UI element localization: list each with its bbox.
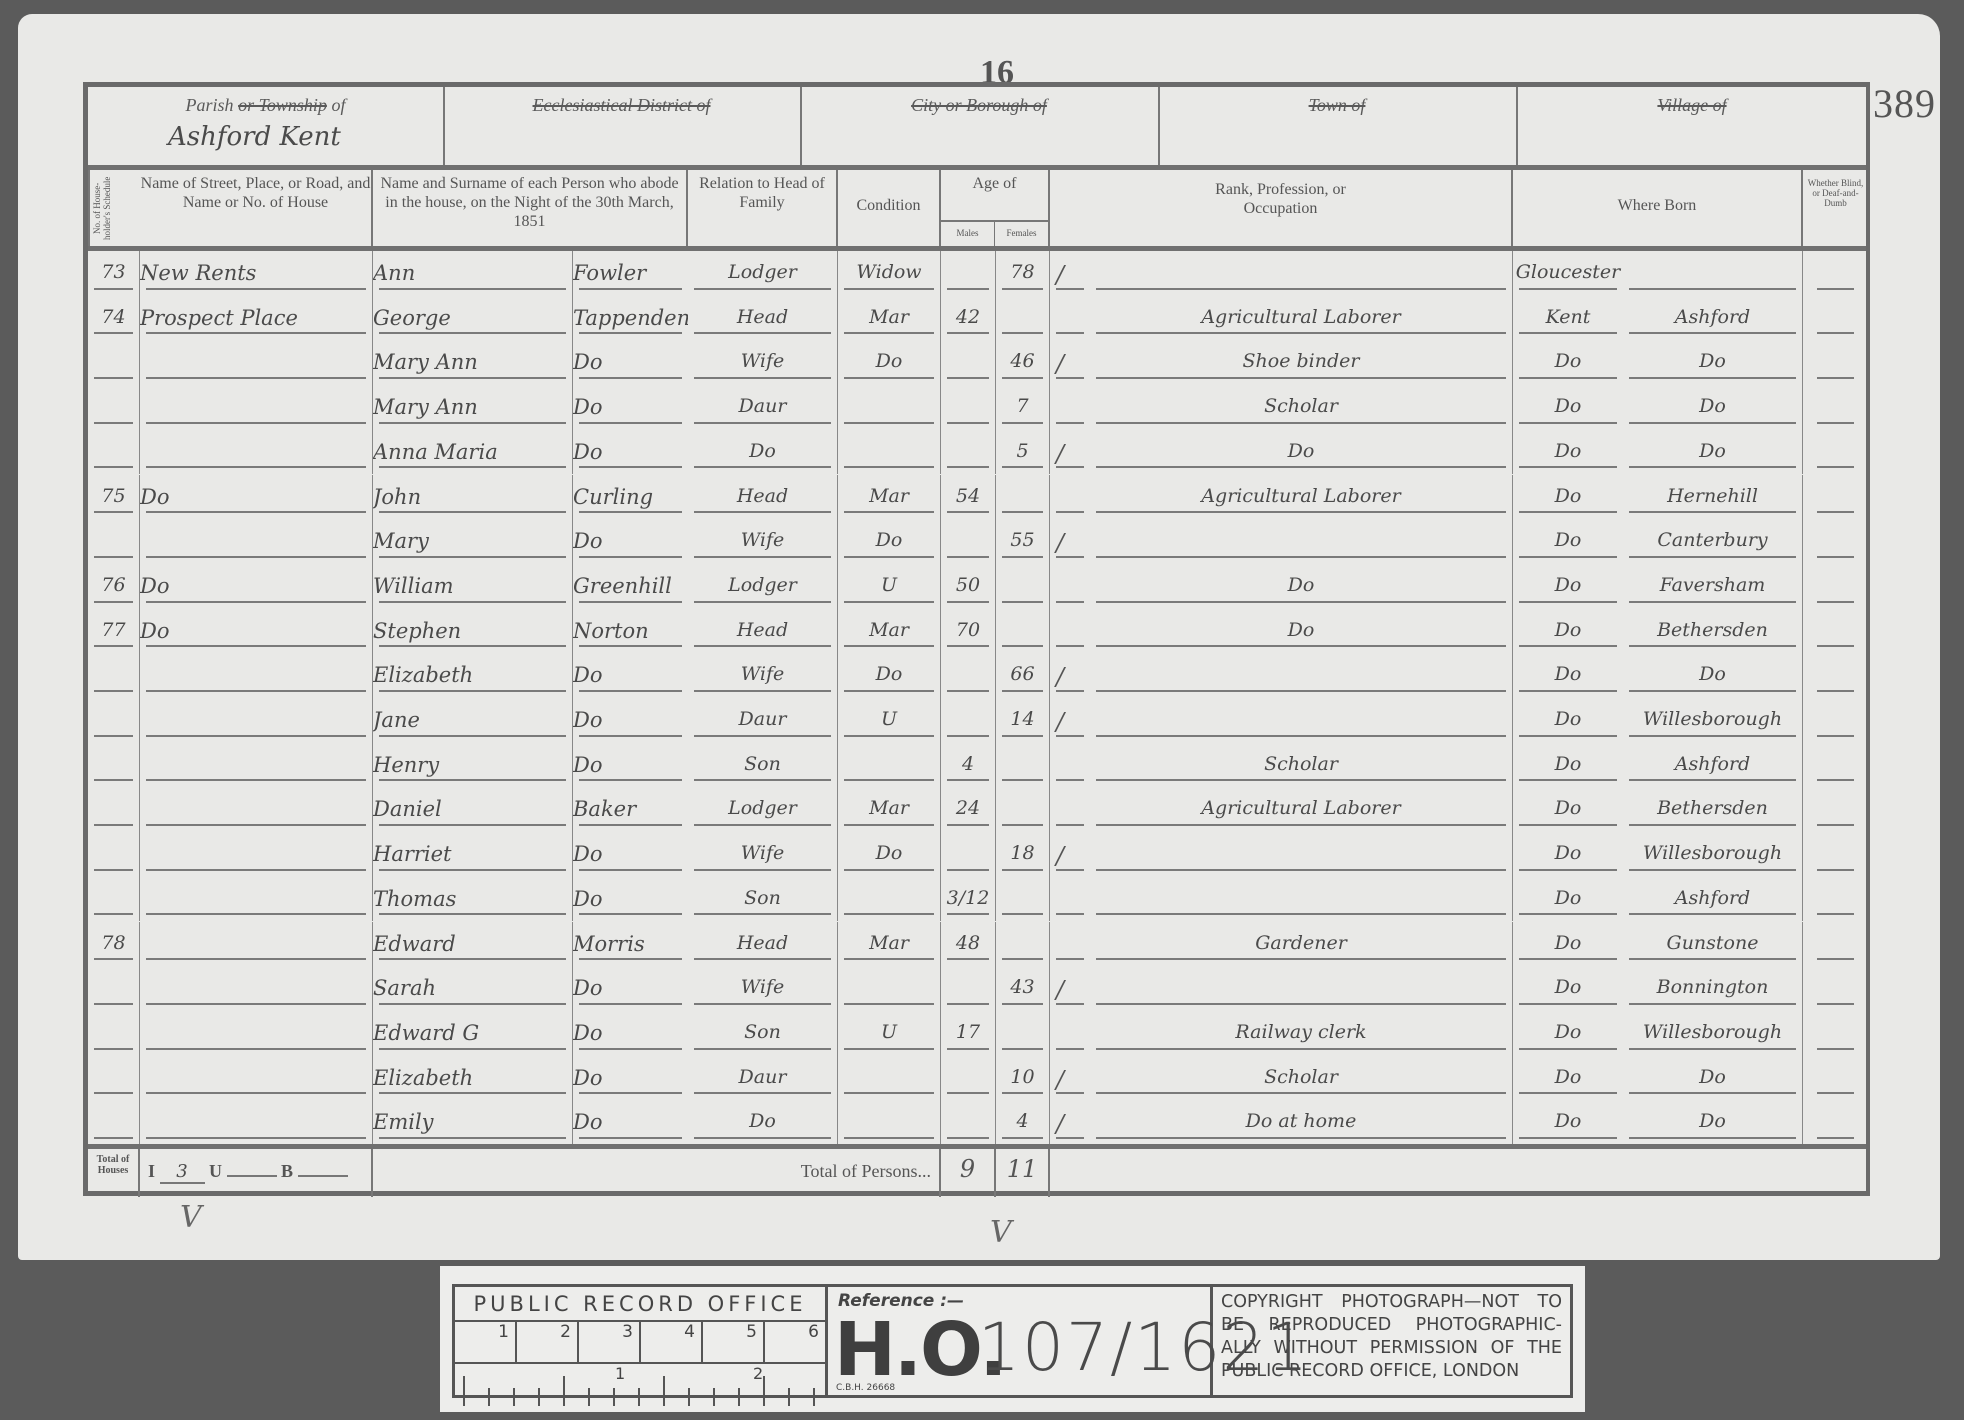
relation-cell: Wife: [688, 832, 838, 877]
relation-cell: Head: [688, 609, 838, 654]
ruler-tick: [738, 1388, 740, 1406]
surname-cell: Do: [573, 430, 688, 475]
occupation-cell: Agricultural Laborer: [1090, 296, 1513, 341]
given-name-cell: Sarah: [373, 966, 573, 1011]
enumerator-tick: /: [1050, 430, 1090, 475]
occupation-cell: Shoe binder: [1090, 340, 1513, 385]
age-male-cell: [941, 385, 996, 430]
table-row: ElizabethDoDaur10/ScholarDoDo: [88, 1056, 1866, 1101]
born-place-cell: Canterbury: [1623, 519, 1803, 564]
cbh-code: C.B.H. 26668: [836, 1383, 895, 1393]
condition-cell: Do: [838, 519, 941, 564]
inhabited-count: 3: [160, 1161, 205, 1184]
ruler-tick: [588, 1388, 590, 1406]
street-cell: [140, 922, 373, 967]
total-males: 9: [941, 1149, 996, 1197]
age-male-cell: 70: [941, 609, 996, 654]
age-female-cell: 18: [996, 832, 1050, 877]
enumerator-tick: [1050, 922, 1090, 967]
col-age-label: Age of: [973, 175, 1017, 192]
condition-cell: Do: [838, 832, 941, 877]
blind-deaf-cell: [1803, 609, 1868, 654]
age-female-cell: [996, 787, 1050, 832]
age-male-cell: [941, 1100, 996, 1145]
born-place-cell: Do: [1623, 340, 1803, 385]
occupation-cell: [1090, 519, 1513, 564]
age-female-cell: [996, 296, 1050, 341]
born-county-cell: Do: [1513, 877, 1623, 922]
table-row: HenryDoSon4ScholarDoAshford: [88, 743, 1866, 788]
occupation-cell: [1090, 698, 1513, 743]
schedule-cell: [88, 743, 140, 788]
street-cell: New Rents: [140, 251, 373, 296]
table-row: SarahDoWife43/DoBonnington: [88, 966, 1866, 1011]
total-houses-label: Total of Houses: [88, 1149, 140, 1197]
born-county-cell: Do: [1513, 743, 1623, 788]
blind-deaf-cell: [1803, 1011, 1868, 1056]
relation-cell: Daur: [688, 1056, 838, 1101]
occupation-cell: Do at home: [1090, 1100, 1513, 1145]
born-place-cell: Willesborough: [1623, 698, 1803, 743]
relation-cell: Wife: [688, 966, 838, 1011]
column-headers: No. of House-holder's Schedule Name of S…: [88, 170, 1866, 251]
age-male-cell: 42: [941, 296, 996, 341]
relation-cell: Daur: [688, 698, 838, 743]
born-county-cell: Do: [1513, 653, 1623, 698]
township-label-struck: or Township: [238, 95, 327, 115]
age-male-cell: [941, 832, 996, 877]
born-place-cell: Ashford: [1623, 743, 1803, 788]
ruler-tick: [463, 1376, 465, 1406]
born-county-cell: Do: [1513, 1011, 1623, 1056]
born-county-cell: Do: [1513, 609, 1623, 654]
table-row: 76DoWilliamGreenhillLodgerU50DoDoFaversh…: [88, 564, 1866, 609]
age-female-cell: 78: [996, 251, 1050, 296]
table-row: 78EdwardMorrisHeadMar48GardenerDoGunston…: [88, 922, 1866, 967]
schedule-cell: [88, 1100, 140, 1145]
schedule-cell: [88, 787, 140, 832]
col-where-born: Where Born: [1513, 170, 1803, 246]
city-borough-cell: City or Borough of: [800, 87, 1160, 165]
street-cell: [140, 877, 373, 922]
condition-cell: [838, 966, 941, 1011]
occupation-cell: Agricultural Laborer: [1090, 787, 1513, 832]
age-male-cell: 4: [941, 743, 996, 788]
condition-cell: [838, 743, 941, 788]
col-occupation: Rank, Profession, or Occupation: [1050, 170, 1513, 246]
surname-cell: Tappenden: [573, 296, 688, 341]
surname-cell: Do: [573, 340, 688, 385]
surname-cell: Do: [573, 966, 688, 1011]
surname-cell: Do: [573, 1056, 688, 1101]
table-row: HarrietDoWifeDo18/DoWillesborough: [88, 832, 1866, 877]
blind-deaf-cell: [1803, 340, 1868, 385]
condition-cell: Mar: [838, 787, 941, 832]
table-row: 75DoJohnCurlingHeadMar54Agricultural Lab…: [88, 475, 1866, 520]
relation-cell: Son: [688, 743, 838, 788]
enumerator-tick: /: [1050, 966, 1090, 1011]
schedule-cell: 77: [88, 609, 140, 654]
blind-deaf-cell: [1803, 832, 1868, 877]
table-row: DanielBakerLodgerMar24Agricultural Labor…: [88, 787, 1866, 832]
table-row: ThomasDoSon3/12DoAshford: [88, 877, 1866, 922]
occupation-cell: [1090, 832, 1513, 877]
occupation-cell: Scholar: [1090, 385, 1513, 430]
condition-cell: [838, 1056, 941, 1101]
ruler-tick: [488, 1388, 490, 1406]
street-cell: [140, 787, 373, 832]
age-male-cell: 17: [941, 1011, 996, 1056]
condition-cell: Mar: [838, 922, 941, 967]
born-place-cell: Bethersden: [1623, 609, 1803, 654]
street-cell: [140, 430, 373, 475]
occupation-cell: [1090, 251, 1513, 296]
relation-cell: Wife: [688, 340, 838, 385]
parish-value: Ashford Kent: [88, 122, 443, 152]
office-name: PUBLIC RECORD OFFICE: [455, 1287, 825, 1322]
surname-cell: Greenhill: [573, 564, 688, 609]
born-county-cell: Do: [1513, 340, 1623, 385]
schedule-cell: 76: [88, 564, 140, 609]
age-female-cell: [996, 877, 1050, 922]
given-name-cell: Daniel: [373, 787, 573, 832]
schedule-cell: [88, 430, 140, 475]
blind-deaf-cell: [1803, 653, 1868, 698]
schedule-cell: 73: [88, 251, 140, 296]
condition-cell: U: [838, 564, 941, 609]
blind-deaf-cell: [1803, 1100, 1868, 1145]
col-age-females: Females: [995, 222, 1048, 246]
totals-row: Total of Houses I 3 U B Total of Persons…: [88, 1144, 1866, 1197]
enumerator-tick: /: [1050, 653, 1090, 698]
age-female-cell: 4: [996, 1100, 1050, 1145]
enumerator-tick: /: [1050, 1056, 1090, 1101]
town-label: Town of: [1158, 95, 1516, 116]
occupation-cell: [1090, 653, 1513, 698]
col-relation: Relation to Head of Family: [688, 170, 838, 246]
age-male-cell: 48: [941, 922, 996, 967]
table-row: 74Prospect PlaceGeorgeTappendenHeadMar42…: [88, 296, 1866, 341]
uninhabited-count: [227, 1175, 277, 1177]
col-blind-deaf: Whether Blind, or Deaf-and-Dumb: [1803, 170, 1868, 246]
occupation-cell: Do: [1090, 609, 1513, 654]
blind-deaf-cell: [1803, 430, 1868, 475]
enumerator-tick: /: [1050, 340, 1090, 385]
age-female-cell: 5: [996, 430, 1050, 475]
table-row: Edward GDoSonU17Railway clerkDoWillesbor…: [88, 1011, 1866, 1056]
born-place-cell: Bonnington: [1623, 966, 1803, 1011]
street-cell: [140, 832, 373, 877]
ruler-tick: [813, 1388, 815, 1406]
condition-cell: U: [838, 698, 941, 743]
born-county-cell: Do: [1513, 385, 1623, 430]
born-county-cell: Gloucester: [1513, 251, 1623, 296]
age-female-cell: [996, 475, 1050, 520]
condition-cell: U: [838, 1011, 941, 1056]
street-cell: [140, 743, 373, 788]
ruler-tick: [538, 1388, 540, 1406]
relation-cell: Wife: [688, 519, 838, 564]
born-place-cell: Do: [1623, 1100, 1803, 1145]
blind-deaf-cell: [1803, 564, 1868, 609]
enumerator-tick: [1050, 564, 1090, 609]
table-row: Mary AnnDoDaur7ScholarDoDo: [88, 385, 1866, 430]
ruler-tick: [763, 1376, 765, 1406]
blind-deaf-cell: [1803, 787, 1868, 832]
table-row: Mary AnnDoWifeDo46/Shoe binderDoDo: [88, 340, 1866, 385]
condition-cell: Mar: [838, 296, 941, 341]
born-place-cell: Ashford: [1623, 296, 1803, 341]
relation-cell: Head: [688, 296, 838, 341]
town-cell: Town of: [1158, 87, 1518, 165]
street-cell: [140, 519, 373, 564]
born-county-cell: Do: [1513, 966, 1623, 1011]
born-county-cell: Do: [1513, 1056, 1623, 1101]
blind-deaf-cell: [1803, 966, 1868, 1011]
surname-cell: Do: [573, 743, 688, 788]
condition-cell: [838, 877, 941, 922]
reference-box: Reference :— H.O. 107/1621 C.B.H. 26668: [828, 1287, 1213, 1395]
census-table: Parish or Township of Ashford Kent Eccle…: [83, 82, 1870, 1196]
given-name-cell: Mary Ann: [373, 340, 573, 385]
occupation-cell: Gardener: [1090, 922, 1513, 967]
city-borough-label: City or Borough of: [800, 95, 1158, 116]
surname-cell: Baker: [573, 787, 688, 832]
condition-cell: Mar: [838, 609, 941, 654]
born-county-cell: Do: [1513, 1100, 1623, 1145]
given-name-cell: Harriet: [373, 832, 573, 877]
condition-cell: Do: [838, 340, 941, 385]
schedule-cell: [88, 877, 140, 922]
enumerator-tick: [1050, 475, 1090, 520]
village-label: Village of: [1516, 95, 1868, 116]
schedule-cell: [88, 1011, 140, 1056]
col-schedule: No. of House-holder's Schedule: [88, 170, 140, 246]
born-place-cell: Do: [1623, 385, 1803, 430]
relation-cell: Wife: [688, 653, 838, 698]
piece-number: 107/1621: [978, 1309, 1310, 1386]
record-office-stamp: PUBLIC RECORD OFFICE 1 2 3 4 5 6 1 2 Ref…: [440, 1266, 1585, 1412]
parish-cell: Parish or Township of Ashford Kent: [88, 87, 445, 165]
relation-cell: Daur: [688, 385, 838, 430]
condition-cell: [838, 430, 941, 475]
schedule-cell: [88, 519, 140, 564]
born-place-cell: Willesborough: [1623, 1011, 1803, 1056]
table-row: 73New RentsAnnFowlerLodgerWidow78/Glouce…: [88, 251, 1866, 296]
given-name-cell: Stephen: [373, 609, 573, 654]
relation-cell: Do: [688, 1100, 838, 1145]
col-name: Name and Surname of each Person who abod…: [373, 170, 688, 246]
street-cell: [140, 653, 373, 698]
condition-cell: [838, 385, 941, 430]
ruler-tick: [713, 1388, 715, 1406]
born-county-cell: Do: [1513, 564, 1623, 609]
street-cell: Do: [140, 609, 373, 654]
total-persons-label: Total of Persons...: [373, 1149, 941, 1197]
age-male-cell: [941, 519, 996, 564]
given-name-cell: Mary Ann: [373, 385, 573, 430]
schedule-cell: [88, 653, 140, 698]
age-female-cell: [996, 564, 1050, 609]
street-cell: [140, 698, 373, 743]
age-male-cell: 24: [941, 787, 996, 832]
occupation-cell: Do: [1090, 564, 1513, 609]
age-male-cell: [941, 653, 996, 698]
surname-cell: Do: [573, 385, 688, 430]
born-county-cell: Do: [1513, 787, 1623, 832]
relation-cell: Lodger: [688, 251, 838, 296]
born-county-cell: Kent: [1513, 296, 1623, 341]
schedule-cell: [88, 1056, 140, 1101]
given-name-cell: John: [373, 475, 573, 520]
blind-deaf-cell: [1803, 385, 1868, 430]
given-name-cell: Edward G: [373, 1011, 573, 1056]
houses-counts: I 3 U B: [140, 1149, 373, 1197]
blind-deaf-cell: [1803, 251, 1868, 296]
surname-cell: Do: [573, 519, 688, 564]
relation-cell: Lodger: [688, 564, 838, 609]
schedule-cell: [88, 832, 140, 877]
schedule-cell: 78: [88, 922, 140, 967]
enumerator-tick: [1050, 296, 1090, 341]
blind-deaf-cell: [1803, 877, 1868, 922]
age-female-cell: 7: [996, 385, 1050, 430]
age-female-cell: 10: [996, 1056, 1050, 1101]
occupation-cell: Scholar: [1090, 743, 1513, 788]
check-mark-totals: V: [990, 1215, 1012, 1250]
surname-cell: Curling: [573, 475, 688, 520]
age-female-cell: 66: [996, 653, 1050, 698]
blind-deaf-cell: [1803, 698, 1868, 743]
col-street: Name of Street, Place, or Road, and Name…: [140, 170, 373, 246]
age-male-cell: [941, 698, 996, 743]
table-row: EmilyDoDo4/Do at homeDoDo: [88, 1100, 1866, 1145]
born-county-cell: Do: [1513, 922, 1623, 967]
given-name-cell: Elizabeth: [373, 1056, 573, 1101]
surname-cell: Norton: [573, 609, 688, 654]
surname-cell: Do: [573, 832, 688, 877]
ruler-cm: 1 2: [455, 1364, 825, 1406]
relation-cell: Head: [688, 922, 838, 967]
relation-cell: Head: [688, 475, 838, 520]
given-name-cell: Elizabeth: [373, 653, 573, 698]
born-place-cell: Willesborough: [1623, 832, 1803, 877]
blind-deaf-cell: [1803, 922, 1868, 967]
enumerator-tick: /: [1050, 698, 1090, 743]
folio-number: 389: [1873, 80, 1936, 127]
condition-cell: Widow: [838, 251, 941, 296]
enumerator-tick: /: [1050, 832, 1090, 877]
age-female-cell: 55: [996, 519, 1050, 564]
enumerator-tick: [1050, 385, 1090, 430]
table-row: JaneDoDaurU14/DoWillesborough: [88, 698, 1866, 743]
enumerator-tick: [1050, 787, 1090, 832]
given-name-cell: Edward: [373, 922, 573, 967]
table-row: MaryDoWifeDo55/DoCanterbury: [88, 519, 1866, 564]
col-age-males: Males: [941, 222, 995, 246]
condition-cell: Mar: [838, 475, 941, 520]
relation-cell: Do: [688, 430, 838, 475]
given-name-cell: Anna Maria: [373, 430, 573, 475]
street-cell: Do: [140, 564, 373, 609]
check-mark: V: [180, 1200, 202, 1235]
table-row: ElizabethDoWifeDo66/DoDo: [88, 653, 1866, 698]
ruler-tick: [613, 1388, 615, 1406]
ruler-tick: [688, 1388, 690, 1406]
street-cell: [140, 1056, 373, 1101]
age-female-cell: 46: [996, 340, 1050, 385]
blind-deaf-cell: [1803, 743, 1868, 788]
blind-deaf-cell: [1803, 519, 1868, 564]
born-place-cell: Do: [1623, 653, 1803, 698]
age-male-cell: [941, 1056, 996, 1101]
given-name-cell: Emily: [373, 1100, 573, 1145]
blind-deaf-cell: [1803, 475, 1868, 520]
enumerator-tick: /: [1050, 251, 1090, 296]
enumerator-tick: /: [1050, 519, 1090, 564]
born-place-cell: Ashford: [1623, 877, 1803, 922]
age-male-cell: [941, 251, 996, 296]
street-cell: [140, 1011, 373, 1056]
parish-label: Parish: [186, 95, 234, 115]
given-name-cell: Jane: [373, 698, 573, 743]
given-name-cell: Henry: [373, 743, 573, 788]
given-name-cell: George: [373, 296, 573, 341]
age-male-cell: [941, 430, 996, 475]
enumerator-tick: [1050, 877, 1090, 922]
surname-cell: Do: [573, 877, 688, 922]
given-name-cell: Mary: [373, 519, 573, 564]
born-place-cell: Faversham: [1623, 564, 1803, 609]
age-female-cell: 14: [996, 698, 1050, 743]
relation-cell: Son: [688, 1011, 838, 1056]
condition-cell: [838, 1100, 941, 1145]
born-county-cell: Do: [1513, 519, 1623, 564]
born-place-cell: Do: [1623, 1056, 1803, 1101]
surname-cell: Do: [573, 653, 688, 698]
ruler-tick: [513, 1388, 515, 1406]
ruler-tick: [563, 1376, 565, 1406]
born-county-cell: Do: [1513, 430, 1623, 475]
table-row: 77DoStephenNortonHeadMar70DoDoBethersden: [88, 609, 1866, 654]
ecclesiastical-district-label: Ecclesiastical District of: [443, 95, 800, 116]
occupation-cell: [1090, 966, 1513, 1011]
age-female-cell: 43: [996, 966, 1050, 1011]
street-cell: Do: [140, 475, 373, 520]
blind-deaf-cell: [1803, 1056, 1868, 1101]
relation-cell: Lodger: [688, 787, 838, 832]
age-male-cell: [941, 966, 996, 1011]
ruler-inches: 1 2 3 4 5 6: [455, 1322, 825, 1364]
occupation-cell: Scholar: [1090, 1056, 1513, 1101]
born-county-cell: Do: [1513, 832, 1623, 877]
born-place-cell: Bethersden: [1623, 787, 1803, 832]
age-male-cell: [941, 340, 996, 385]
born-place-cell: Gunstone: [1623, 922, 1803, 967]
schedule-cell: 75: [88, 475, 140, 520]
street-cell: Prospect Place: [140, 296, 373, 341]
ecclesiastical-district-cell: Ecclesiastical District of: [443, 87, 802, 165]
schedule-cell: [88, 698, 140, 743]
age-male-cell: 54: [941, 475, 996, 520]
born-county-cell: Do: [1513, 475, 1623, 520]
office-ruler: PUBLIC RECORD OFFICE 1 2 3 4 5 6 1 2: [455, 1287, 828, 1395]
age-male-cell: 50: [941, 564, 996, 609]
schedule-cell: [88, 966, 140, 1011]
surname-cell: Fowler: [573, 251, 688, 296]
building-count: [298, 1175, 348, 1177]
enumerator-tick: /: [1050, 1100, 1090, 1145]
